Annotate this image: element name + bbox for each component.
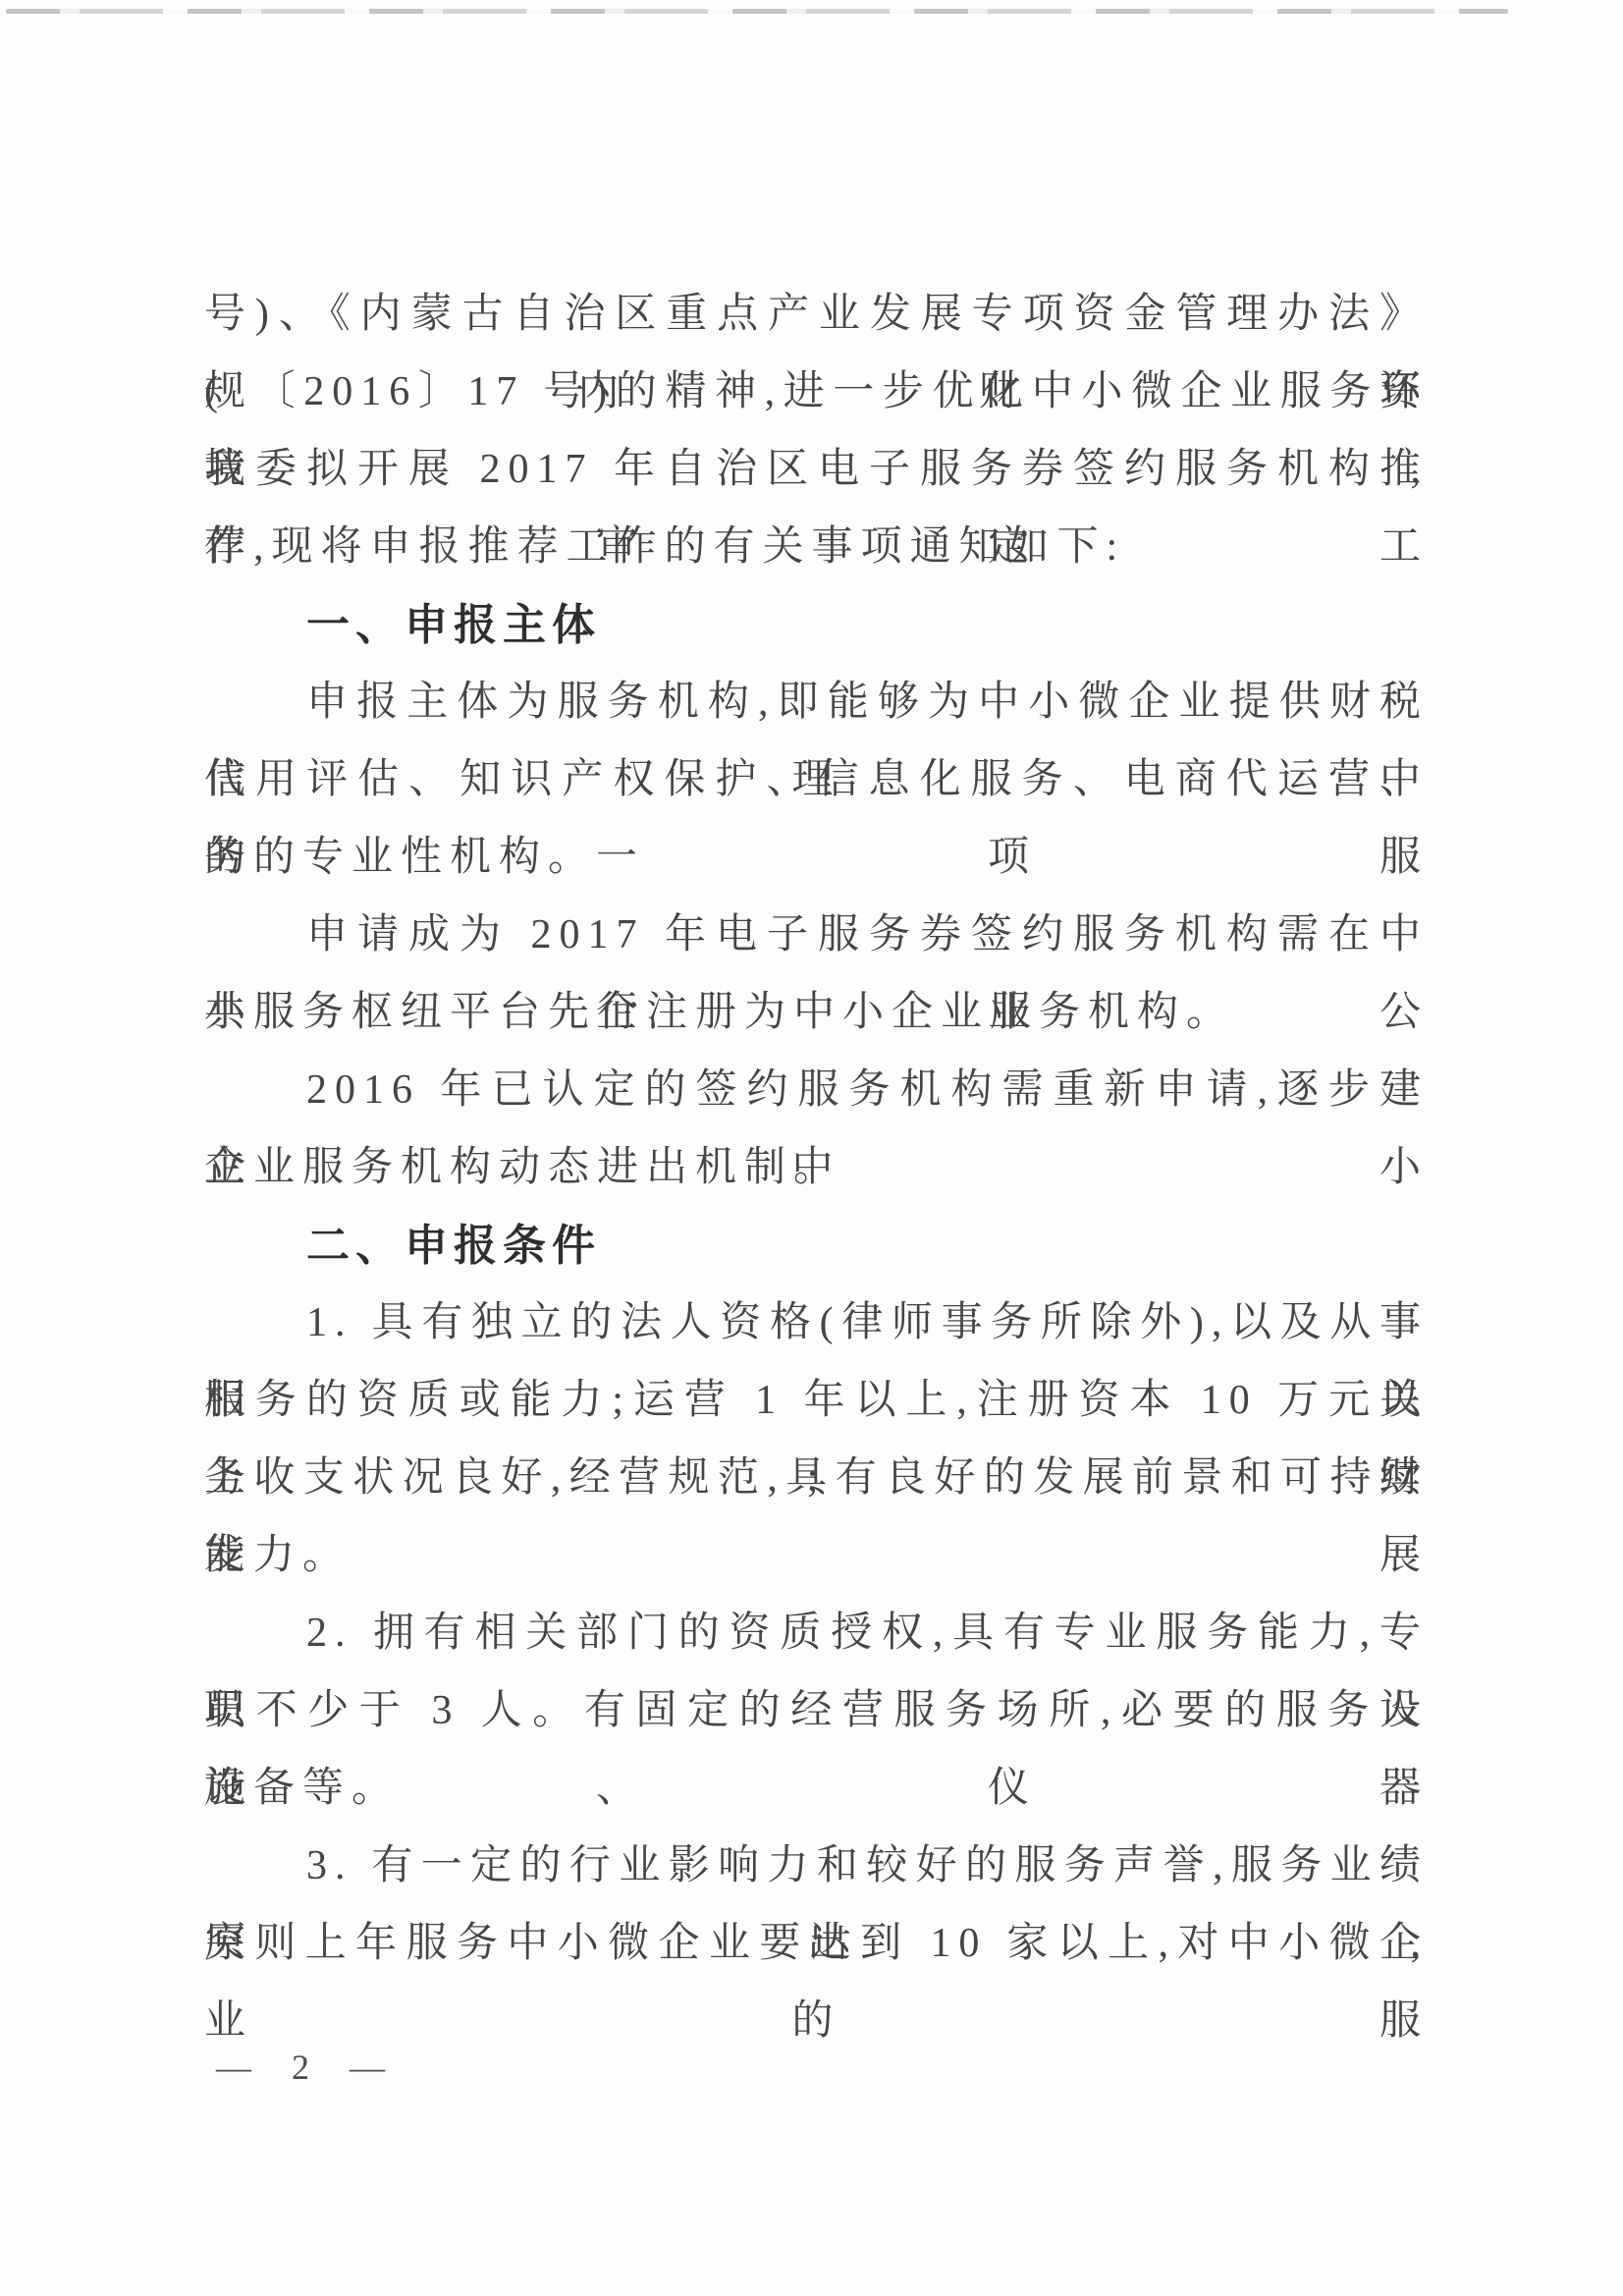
text-line: 规〔2016〕17 号)的精神,进一步优化中小微企业服务环境, <box>204 354 1429 431</box>
text-line: 服务的资质或能力;运营 1 年以上,注册资本 10 万元以上;财 <box>204 1362 1429 1440</box>
section-heading: 二、申报条件 <box>204 1207 1429 1285</box>
text-line: 1. 具有独立的法人资格(律师事务所除外),以及从事相关 <box>204 1285 1429 1362</box>
text-line: 申请成为 2017 年电子服务券签约服务机构需在中小企业公 <box>204 897 1429 974</box>
text-line: 信用评估、知识产权保护、信息化服务、电商代运营中的一项服 <box>204 741 1429 819</box>
text-line: 2016 年已认定的签约服务机构需重新申请,逐步建立中小 <box>204 1052 1429 1129</box>
text-line: 申报主体为服务机构,即能够为中小微企业提供财税代理、 <box>204 664 1429 741</box>
document-body: 号)、《内蒙古自治区重点产业发展专项资金管理办法》(内财资规〔2016〕17 号… <box>204 276 1429 1983</box>
text-line: 务收支状况良好,经营规范,具有良好的发展前景和可持续发展 <box>204 1440 1429 1517</box>
text-line: 原则上年服务中小微企业要达到 10 家以上,对中小微企业的服 <box>204 1905 1429 1983</box>
document-page: 号)、《内蒙古自治区重点产业发展专项资金管理办法》(内财资规〔2016〕17 号… <box>0 0 1623 2296</box>
text-line: 3. 有一定的行业影响力和较好的服务声誉,服务业绩突出, <box>204 1828 1429 1905</box>
text-line: 员不少于 3 人。有固定的经营服务场所,必要的服务设施、仪器 <box>204 1672 1429 1750</box>
text-line: 号)、《内蒙古自治区重点产业发展专项资金管理办法》(内财资 <box>204 276 1429 354</box>
page-number-footer: — 2 — <box>216 2041 401 2094</box>
text-line: 我委拟开展 2017 年自治区电子服务券签约服务机构推荐审定工 <box>204 431 1429 509</box>
scan-noise-artifact <box>6 9 1508 14</box>
text-line: 2. 拥有相关部门的资质授权,具有专业服务能力,专职人 <box>204 1595 1429 1672</box>
section-heading: 一、申报主体 <box>204 586 1429 664</box>
